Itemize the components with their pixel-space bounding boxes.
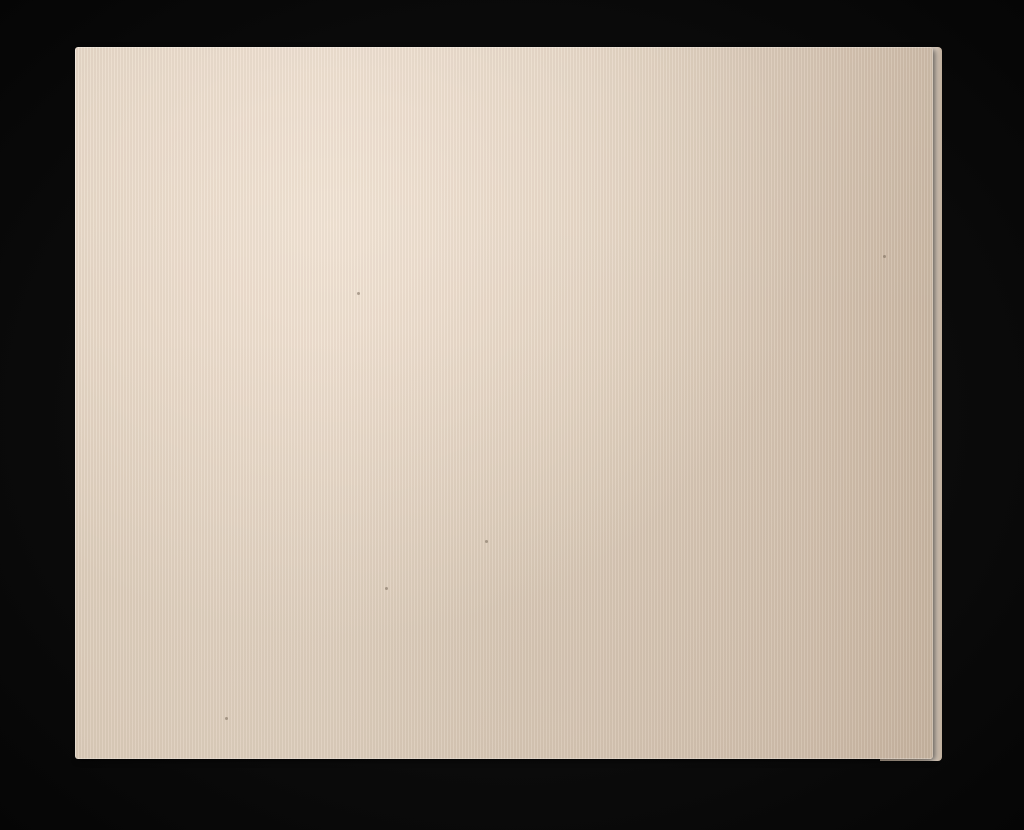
photo-scene [0, 0, 1024, 830]
paper-speck [357, 292, 360, 295]
card-lighting-overlay [75, 47, 933, 759]
paper-speck [485, 540, 488, 543]
paper-speck [883, 255, 886, 258]
paper-speck [225, 717, 228, 720]
blank-textured-card [75, 47, 933, 759]
paper-speck [385, 587, 388, 590]
